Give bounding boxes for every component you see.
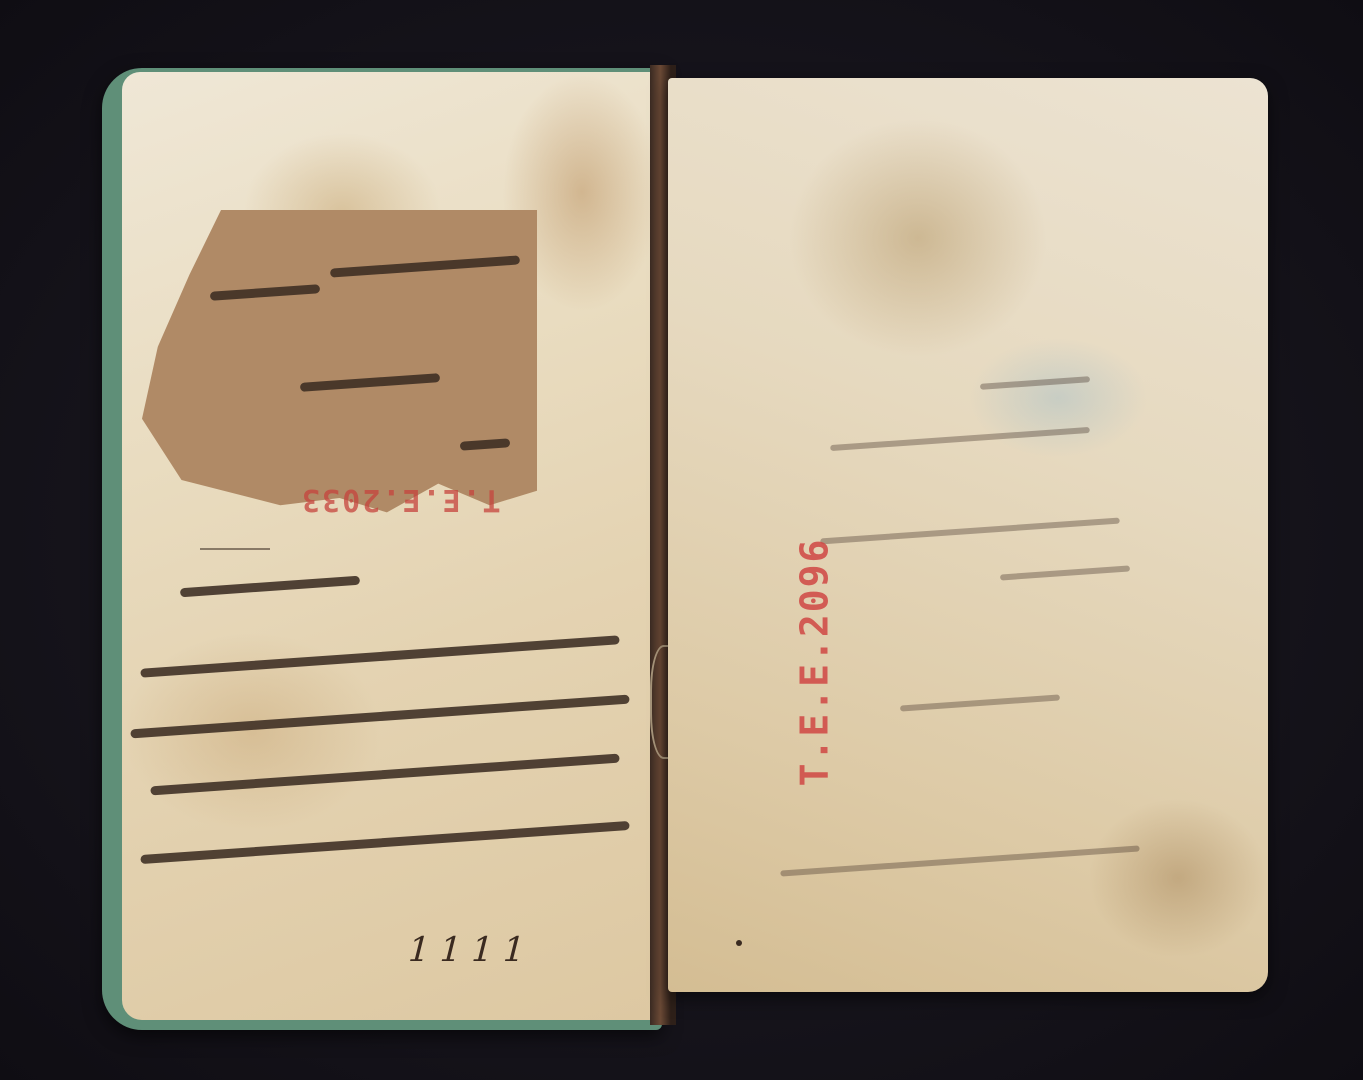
handwritten-numerals: 1111 (403, 930, 540, 970)
water-stain (788, 118, 1048, 358)
ink-dot (736, 940, 742, 946)
red-ink-stamp-right: T.E.E.2096 (792, 538, 836, 787)
water-stain (968, 338, 1148, 458)
red-ink-stamp-left: T.E.E.2033 (300, 482, 501, 517)
ink-rule (200, 548, 270, 550)
right-page (668, 78, 1268, 992)
water-stain (1088, 798, 1268, 958)
